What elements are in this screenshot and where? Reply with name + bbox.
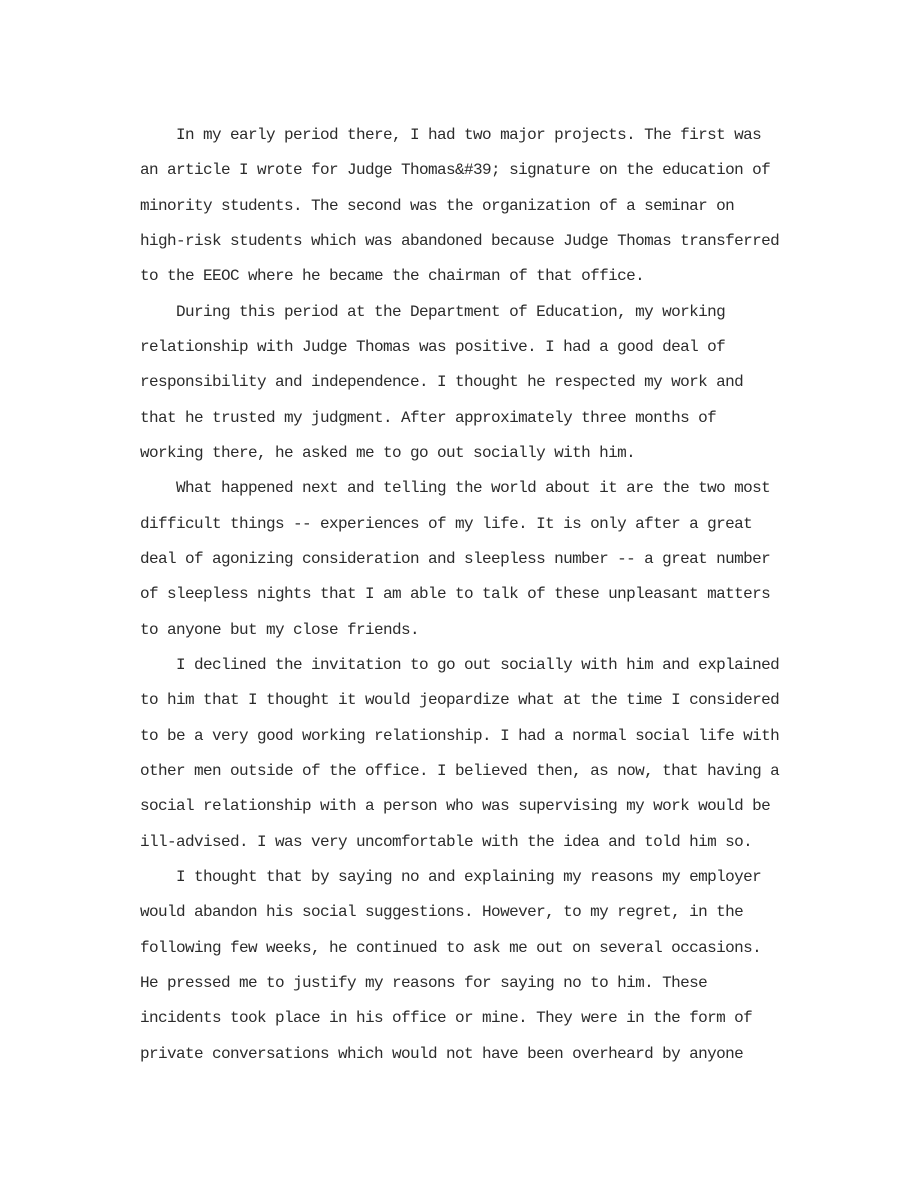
text-line: to anyone but my close friends.: [140, 613, 800, 648]
document-page: In my early period there, I had two majo…: [0, 0, 920, 1191]
text-line: responsibility and independence. I thoug…: [140, 365, 800, 400]
text-line: working there, he asked me to go out soc…: [140, 436, 800, 471]
text-line: I thought that by saying no and explaini…: [140, 860, 800, 895]
text-line: private conversations which would not ha…: [140, 1037, 800, 1072]
text-line: ill-advised. I was very uncomfortable wi…: [140, 825, 800, 860]
paragraph: During this period at the Department of …: [140, 295, 800, 472]
text-line: What happened next and telling the world…: [140, 471, 800, 506]
text-line: to him that I thought it would jeopardiz…: [140, 683, 800, 718]
text-line: In my early period there, I had two majo…: [140, 118, 800, 153]
text-line: that he trusted my judgment. After appro…: [140, 401, 800, 436]
text-line: social relationship with a person who wa…: [140, 789, 800, 824]
text-line: I declined the invitation to go out soci…: [140, 648, 800, 683]
text-line: deal of agonizing consideration and slee…: [140, 542, 800, 577]
text-line: He pressed me to justify my reasons for …: [140, 966, 800, 1001]
text-line: high-risk students which was abandoned b…: [140, 224, 800, 259]
paragraph: What happened next and telling the world…: [140, 471, 800, 648]
text-line: relationship with Judge Thomas was posit…: [140, 330, 800, 365]
paragraph: In my early period there, I had two majo…: [140, 118, 800, 295]
paragraph: I declined the invitation to go out soci…: [140, 648, 800, 860]
paragraph: I thought that by saying no and explaini…: [140, 860, 800, 1072]
text-line: other men outside of the office. I belie…: [140, 754, 800, 789]
text-line: minority students. The second was the or…: [140, 189, 800, 224]
document-body: In my early period there, I had two majo…: [140, 118, 800, 1072]
text-line: to be a very good working relationship. …: [140, 719, 800, 754]
text-line: to the EEOC where he became the chairman…: [140, 259, 800, 294]
text-line: incidents took place in his office or mi…: [140, 1001, 800, 1036]
text-line: following few weeks, he continued to ask…: [140, 931, 800, 966]
text-line: an article I wrote for Judge Thomas&#39;…: [140, 153, 800, 188]
text-line: would abandon his social suggestions. Ho…: [140, 895, 800, 930]
text-line: of sleepless nights that I am able to ta…: [140, 577, 800, 612]
text-line: During this period at the Department of …: [140, 295, 800, 330]
text-line: difficult things -- experiences of my li…: [140, 507, 800, 542]
